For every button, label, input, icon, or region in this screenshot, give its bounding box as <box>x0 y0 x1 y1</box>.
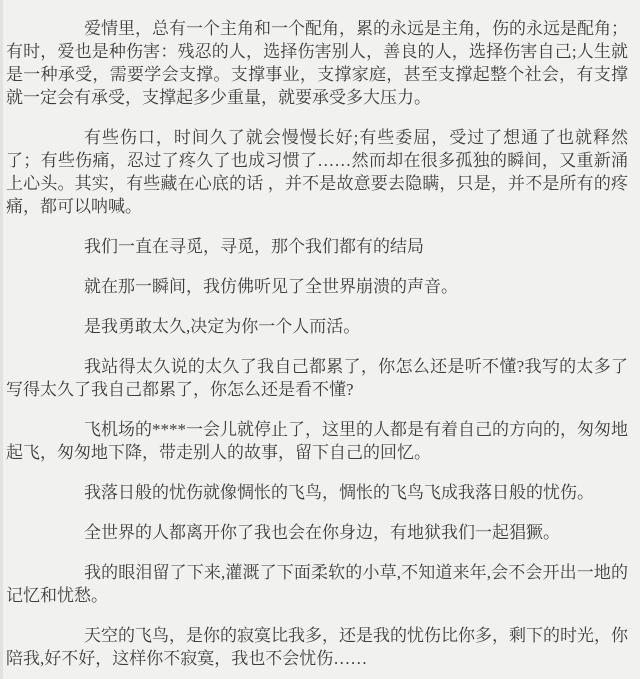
paragraph-sky-birds: 天空的飞鸟，是你的寂寞比我多，还是我的忧伤比你多，剩下的时光，你陪我,好不好，这… <box>6 624 628 670</box>
page-edge-shadow <box>0 0 3 679</box>
paragraph-by-your-side: 全世界的人都离开你了我也会在你身边，有地狱我们一起猖獗。 <box>6 521 628 544</box>
paragraph-love-roles: 爱情里，总有一个主角和一个配角，累的永远是主角，伤的永远是配角；有时，爱也是种伤… <box>6 17 628 109</box>
paragraph-wounds: 有些伤口，时间久了就会慢慢长好;有些委屈，受过了想通了也就释然了；有些伤痛，忍过… <box>6 126 628 218</box>
paragraph-searching: 我们一直在寻觅，寻觅，那个我们都有的结局 <box>6 235 628 258</box>
paragraph-standing-tired: 我站得太久说的太久了我自己都累了，你怎么还是听不懂?我写的太多了写得太久了我自己… <box>6 355 628 401</box>
paragraph-world-collapse: 就在那一瞬间，我仿佛听见了全世界崩溃的声音。 <box>6 275 628 298</box>
paragraph-airport: 飞机场的****一会儿就停止了，这里的人都是有着自己的方向的，匆匆地起飞，匆匆地… <box>6 418 628 464</box>
paragraph-sunset-sorrow: 我落日般的忧伤就像惆怅的飞鸟，惆怅的飞鸟飞成我落日般的忧伤。 <box>6 481 628 504</box>
paragraph-tears-grass: 我的眼泪留了下来,灌溉了下面柔软的小草,不知道来年,会不会开出一地的记忆和忧愁。 <box>6 561 628 607</box>
paragraph-brave-too-long: 是我勇敢太久,决定为你一个人而活。 <box>6 315 628 338</box>
document-page: 爱情里，总有一个主角和一个配角，累的永远是主角，伤的永远是配角；有时，爱也是种伤… <box>0 0 640 679</box>
